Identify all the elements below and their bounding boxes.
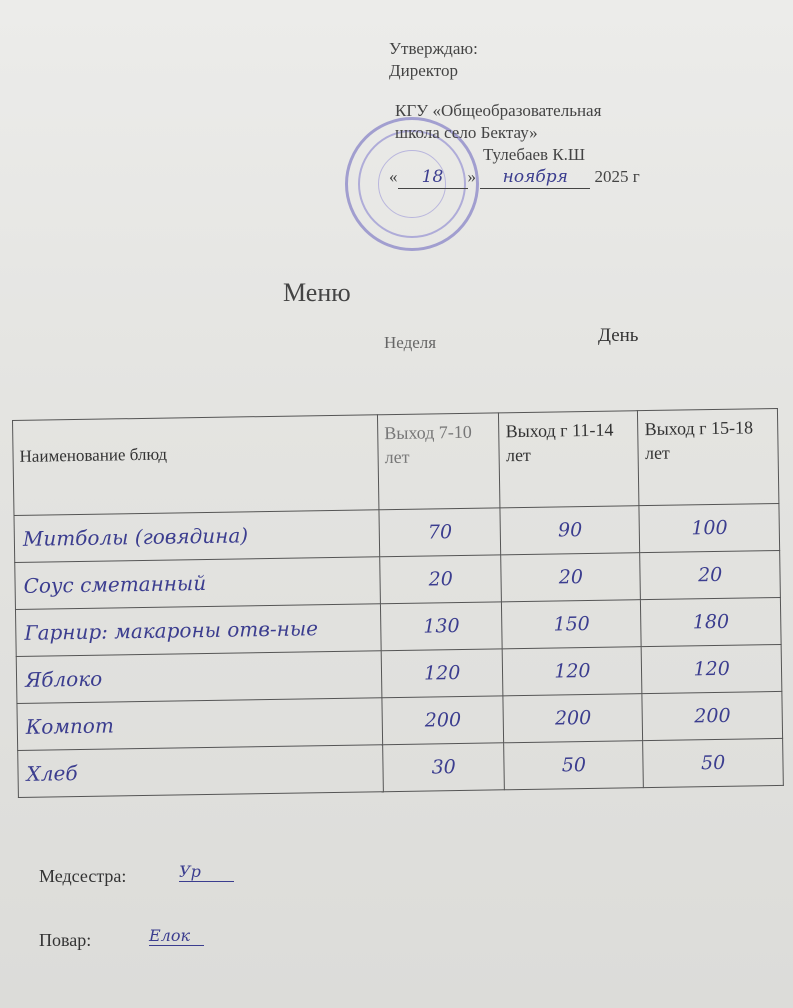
cook-signature-line: Повар: Елок: [39, 930, 91, 951]
portion-cell: 20: [640, 550, 780, 599]
portion-cell: 20: [501, 553, 641, 602]
column-header: Наименование блюд: [13, 415, 379, 516]
nurse-signature: Ур: [179, 862, 234, 882]
nurse-label: Медсестра:: [39, 866, 126, 886]
cook-label: Повар:: [39, 930, 91, 950]
portion-cell: 50: [643, 738, 783, 787]
portion-cell: 200: [503, 694, 643, 743]
nurse-signature-line: Медсестра: Ур: [39, 866, 126, 887]
table-header-row: Наименование блюд Выход 7-10 лет Выход г…: [13, 408, 779, 515]
column-header: Выход г 11-14 лет: [499, 411, 639, 508]
portion-cell: 200: [642, 691, 782, 740]
week-label: Неделя: [384, 333, 436, 353]
portion-cell: 50: [504, 741, 644, 790]
portion-cell: 180: [641, 597, 781, 646]
portion-cell: 100: [639, 503, 779, 552]
org-name-line2: школа село Бектау»: [389, 122, 640, 144]
dish-name-cell: Гарнир: макароны отв-ные: [15, 604, 381, 657]
column-header: Выход 7-10 лет: [377, 413, 500, 510]
portion-cell: 200: [382, 696, 504, 745]
menu-table: Наименование блюд Выход 7-10 лет Выход г…: [12, 408, 784, 798]
column-header: Выход г 15-18 лет: [638, 408, 779, 505]
org-name-line1: КГУ «Общеобразовательная: [389, 100, 640, 122]
dish-name-cell: Компот: [17, 698, 383, 751]
portion-cell: 120: [642, 644, 782, 693]
approval-label: Утверждаю:: [389, 38, 640, 60]
portion-cell: 120: [381, 649, 503, 698]
cook-signature: Елок: [149, 926, 204, 946]
approval-year: 2025 г: [595, 167, 640, 186]
director-name: Тулебаев К.Ш: [389, 144, 640, 166]
dish-name-cell: Яблоко: [16, 651, 382, 704]
dish-name-cell: Соус сметанный: [15, 557, 381, 610]
portion-cell: 120: [503, 647, 643, 696]
dish-name-cell: Митболы (говядина): [14, 510, 380, 563]
approval-month: ноября: [480, 166, 590, 189]
dish-name-cell: Хлеб: [18, 745, 384, 798]
portion-cell: 130: [380, 602, 502, 651]
portion-cell: 20: [380, 555, 502, 604]
portion-cell: 150: [502, 600, 642, 649]
page-title: Меню: [283, 278, 351, 308]
portion-cell: 70: [379, 508, 501, 557]
director-label: Директор: [389, 60, 640, 82]
approval-block: Утверждаю: Директор КГУ «Общеобразовател…: [389, 38, 640, 189]
portion-cell: 30: [383, 743, 505, 792]
approval-day: 18: [398, 166, 468, 189]
portion-cell: 90: [500, 506, 640, 555]
day-label: День: [598, 325, 638, 347]
